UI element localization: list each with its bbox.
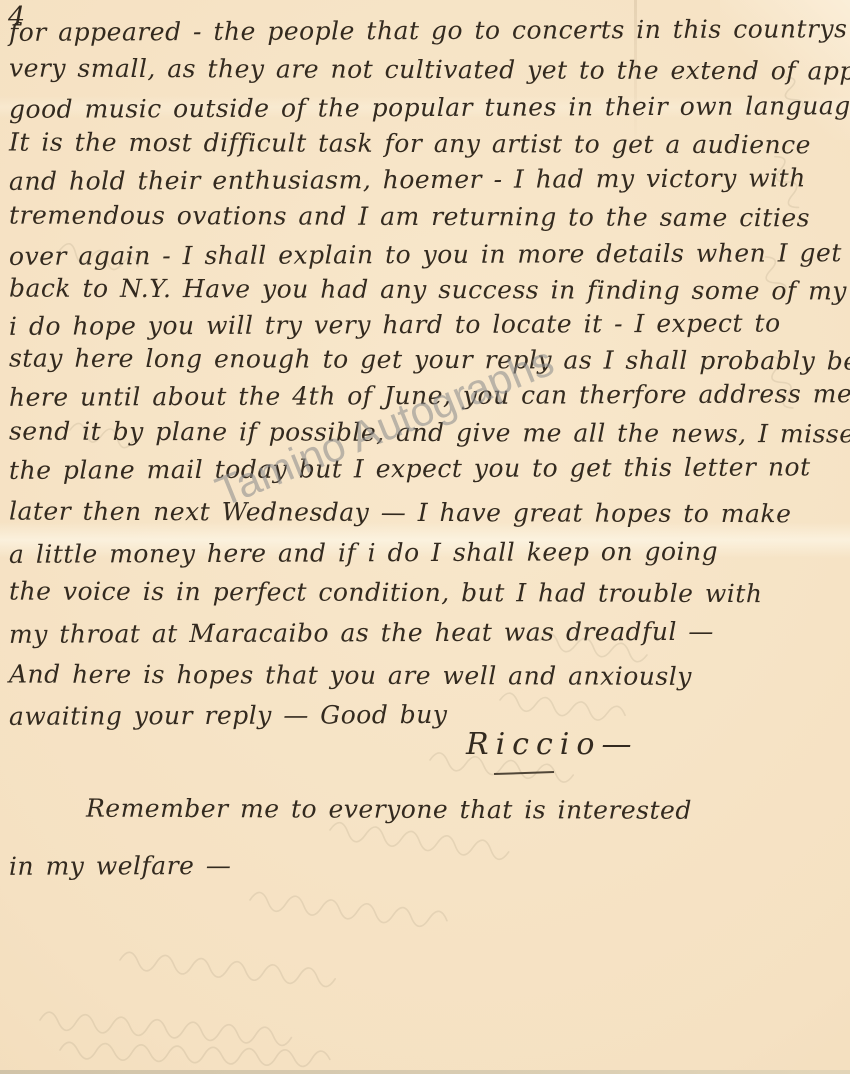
- letter-line: later then next Wednesday — I have great…: [9, 499, 846, 527]
- letter-line: and hold their enthusiasm, hoemer - I ha…: [9, 165, 846, 194]
- letter-line: good music outside of the popular tunes …: [9, 93, 846, 122]
- letter-line: very small, as they are not cultivated y…: [9, 56, 846, 84]
- postscript-line: Remember me to everyone that is interest…: [86, 796, 846, 824]
- letter-line: for appeared - the people that go to con…: [9, 16, 846, 45]
- letter-line: stay here long enough to get your reply …: [9, 346, 846, 374]
- letter-line: here until about the 4th of June, you ca…: [9, 381, 846, 410]
- signature: Riccio—: [466, 727, 638, 762]
- letter-line: the voice is in perfect condition, but I…: [9, 579, 846, 607]
- letter-line: awaiting your reply — Good buy: [9, 700, 846, 729]
- letter-line: a little money here and if i do I shall …: [9, 538, 846, 567]
- letter-line: my throat at Maracaibo as the heat was d…: [9, 618, 846, 647]
- postscript-line: in my welfare —: [9, 850, 846, 879]
- bleedthrough-writing: [0, 0, 850, 1074]
- letter-line: It is the most difficult task for any ar…: [9, 130, 846, 158]
- letter-line: send it by plane if possible, and give m…: [9, 419, 846, 447]
- signature-underline: [494, 771, 554, 775]
- letter-line: over again - I shall explain to you in m…: [9, 240, 846, 269]
- letter-line: i do hope you will try very hard to loca…: [9, 310, 846, 339]
- letter-line: And here is hopes that you are well and …: [9, 662, 846, 690]
- page-bottom-edge: [0, 1070, 850, 1074]
- letter-line: tremendous ovations and I am returning t…: [9, 203, 846, 231]
- letter-page: 4 for appeared - the people that go to c…: [0, 0, 850, 1074]
- letter-line: the plane mail today but I expect you to…: [9, 454, 846, 483]
- letter-line: back to N.Y. Have you had any success in…: [9, 276, 846, 304]
